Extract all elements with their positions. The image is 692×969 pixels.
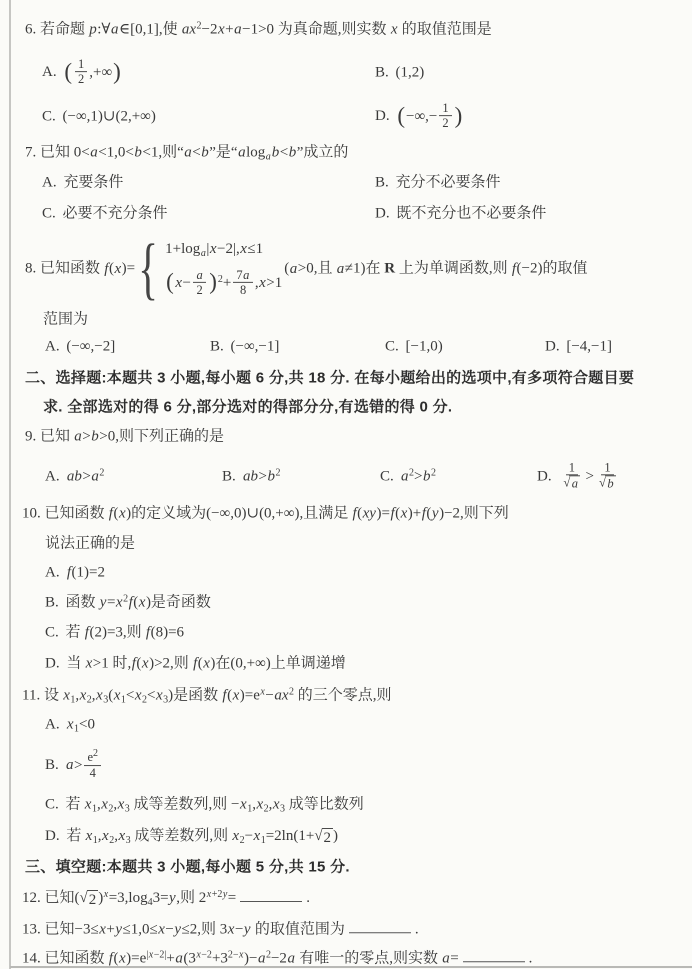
text: 上为单调函数,则 f(−2)的取值 xyxy=(395,260,587,276)
text: + xyxy=(223,275,231,291)
option-label: D. xyxy=(545,338,563,354)
text: |x−2|,x≤1 xyxy=(206,241,263,257)
superscript: 2 xyxy=(275,466,280,479)
option-label: A. xyxy=(45,716,63,732)
text: −2a 有唯一的零点,则实数 a= xyxy=(271,950,459,966)
denominator: 4 xyxy=(87,766,99,780)
text: x xyxy=(66,716,74,732)
text: 7. 已知 0<a<1,0<b<1,则“a<b”是“a xyxy=(25,144,246,160)
text: 9. 已知 a>b>0,则下列正确的是 xyxy=(25,428,224,444)
question-text: 13. 已知−3≤x+y≤1,0≤x−y≤2,则 3x−y 的取值范围为. xyxy=(22,918,419,940)
section-2-heading-continued: 求. 全部选对的得 6 分,部分选对的得部分分,有选错的得 0 分. xyxy=(0,396,692,418)
fraction: 12 xyxy=(439,101,451,131)
q11-option-d: D. 若 x1,x2,x3 成等差数列,则 x2−x1=2ln(1+√2) xyxy=(0,826,692,848)
text: 2 xyxy=(78,73,84,87)
option-label: A. xyxy=(42,64,60,80)
text: 6. 若命题 p:∀a∈[0,1],使 ax xyxy=(25,21,197,37)
question-text: 9. 已知 a>b>0,则下列正确的是 xyxy=(25,427,224,447)
text: 范围为 xyxy=(43,311,88,327)
q7-options-row-2: C. 必要不充分条件D. 既不充分也不必要条件 xyxy=(0,204,692,224)
superscript: 2 xyxy=(289,685,294,698)
option-label: B. xyxy=(375,174,393,190)
text: 充要条件 xyxy=(63,174,123,190)
text: 的三个零点,则 xyxy=(294,687,392,703)
question-text: 6. 若命题 p:∀a∈[0,1],使 ax2−2x+a−1>0 为真命题,则实… xyxy=(25,20,492,40)
superscript: 2 xyxy=(266,948,271,961)
text: <x xyxy=(126,687,142,703)
q8-stem: 8. 已知函数 f(x)={1+loga|x−2|,x≤1(x−a2)2+7a8… xyxy=(0,232,692,306)
option-c: C. a2>b2 xyxy=(380,467,436,487)
question-text: 11. 设 x1,x2,x3(x1<x2<x3)是函数 f(x)=ex−ax2 … xyxy=(22,686,392,706)
superscript: 2 xyxy=(93,748,98,760)
option-label: A. xyxy=(42,174,60,190)
question-text: 7. 已知 0<a<1,0<b<1,则“a<b”是“alogab<b”成立的 xyxy=(25,143,348,163)
text: 既不充分也不必要条件 xyxy=(396,205,546,221)
fraction: 1√b xyxy=(596,460,619,491)
text: −∞,− xyxy=(406,108,437,124)
option-label: A. xyxy=(45,338,63,354)
text: >b xyxy=(414,468,431,484)
option-label: C. xyxy=(42,108,60,124)
question-text: 10. 已知函数 f(x)的定义域为(−∞,0)∪(0,+∞),且满足 f(xy… xyxy=(22,504,509,524)
q10-option-b: B. 函数 y=x2f(x)是奇函数 xyxy=(0,593,692,613)
numerator: 7a xyxy=(233,267,253,282)
question-text: 14. 已知函数 f(x)=e|x−2|+a(3x−2+32−x)−a2−2a … xyxy=(22,947,532,969)
numerator: 1 xyxy=(601,460,613,475)
text: ,x xyxy=(252,796,263,812)
subscript: 1 xyxy=(247,802,252,815)
brace: { xyxy=(138,235,158,304)
radical: √2 xyxy=(314,828,333,847)
text: +a(3 xyxy=(166,950,195,966)
text: 1+log xyxy=(165,241,200,257)
q10-stem-continued: 说法正确的是 xyxy=(0,534,692,554)
text: <x xyxy=(147,687,163,703)
bold-symbol: R xyxy=(384,260,395,276)
text: f(1)=2 xyxy=(66,564,105,580)
exam-paper-page: { "page":{"width":692,"height":969,"back… xyxy=(0,0,692,969)
superscript: x−2 xyxy=(196,948,212,961)
radical: √a xyxy=(563,476,580,492)
text: > xyxy=(585,468,593,484)
text: = xyxy=(228,890,236,906)
option-label: A. xyxy=(45,468,63,484)
text: =3,log xyxy=(109,890,148,906)
big-paren: ( xyxy=(166,269,174,294)
piecewise-cases: 1+loga|x−2|,x≤1(x−a2)2+7a8,x>1 xyxy=(165,240,282,298)
radical: √2 xyxy=(80,890,99,909)
denominator: 2 xyxy=(75,73,87,87)
option-b: B. 充分不必要条件 xyxy=(375,173,501,193)
text: a xyxy=(401,468,410,484)
q6-options-row-1: A. (12,+∞)B. (1,2) xyxy=(0,54,692,92)
text: −x xyxy=(245,828,261,844)
answer-blank xyxy=(463,947,525,962)
subscript: 1 xyxy=(74,722,79,735)
numerator: 1 xyxy=(439,101,451,116)
text: 8. 已知函数 f(x)= xyxy=(25,260,135,276)
superscript: |x−2| xyxy=(146,948,166,961)
denominator: 2 xyxy=(439,117,451,131)
fraction: 1√a xyxy=(560,460,583,491)
text: 13. 已知−3≤x+y≤1,0≤x−y≤2,则 3x−y 的取值范围为 xyxy=(22,921,345,937)
superscript: 2 xyxy=(197,19,202,32)
text: 4 xyxy=(90,766,96,780)
option-b: B. 函数 y=x2f(x)是奇函数 xyxy=(45,593,211,613)
text: −2x+a−1>0 为真命题,则实数 x 的取值范围是 xyxy=(202,21,492,37)
piecewise-case: (x−a2)2+7a8,x>1 xyxy=(165,268,282,298)
subscript: 3 xyxy=(103,693,108,706)
fraction: 7a8 xyxy=(233,267,253,297)
text: 若 f(2)=3,则 f(8)=6 xyxy=(66,624,185,640)
text: log xyxy=(246,144,265,160)
option-label: C. xyxy=(385,338,403,354)
option-c: C. 若 x1,x2,x3 成等差数列,则 −x1,x2,x3 成等比数列 xyxy=(45,795,364,815)
text: a xyxy=(196,267,203,281)
q10-option-a: A. f(1)=2 xyxy=(0,563,692,583)
heading-text: 二、选择题:本题共 3 小题,每小题 6 分,共 18 分. 在每小题给出的选项… xyxy=(25,368,634,388)
text: b<b”成立的 xyxy=(271,144,348,160)
text: =2ln(1+ xyxy=(266,828,315,844)
superscript: 2−x xyxy=(228,948,244,961)
denominator: √b xyxy=(596,476,619,492)
text: 若 x xyxy=(66,828,92,844)
subscript: 3 xyxy=(126,834,131,847)
text: ab>b xyxy=(243,468,276,484)
option-label: B. xyxy=(45,594,63,610)
numerator: a xyxy=(193,267,206,282)
subscript: 1 xyxy=(121,693,126,706)
option-c: C. 必要不充分条件 xyxy=(42,204,168,224)
q11-option-b: B. a>e24 xyxy=(0,744,692,788)
q10-option-d: D. 当 x>1 时,f(x)>2,则 f(x)在(0,+∞)上单调递增 xyxy=(0,654,692,674)
q10-option-c: C. 若 f(2)=3,则 f(8)=6 xyxy=(0,623,692,643)
piecewise-function: {1+loga|x−2|,x≤1(x−a2)2+7a8,x>1 xyxy=(137,240,282,298)
q9-options-row: A. ab>a2B. ab>b2C. a2>b2D. 1√a>1√b xyxy=(0,455,692,499)
option-label: D. xyxy=(375,108,393,124)
text: (x xyxy=(108,687,121,703)
big-paren: ) xyxy=(455,103,463,128)
fraction: a2 xyxy=(193,267,206,297)
text: 14. 已知函数 f(x)=e xyxy=(22,950,146,966)
question-text: 8. 已知函数 f(x)={1+loga|x−2|,x≤1(x−a2)2+7a8… xyxy=(25,240,587,298)
option-a: A. (12,+∞) xyxy=(42,58,122,88)
text: ,x xyxy=(92,687,103,703)
text: −ax xyxy=(265,687,289,703)
section-2-heading: 二、选择题:本题共 3 小题,每小题 6 分,共 18 分. 在每小题给出的选项… xyxy=(0,367,692,389)
superscript: 2 xyxy=(99,466,104,479)
text: 1 xyxy=(569,460,575,474)
text: (1,2) xyxy=(396,64,425,80)
piecewise-case: 1+loga|x−2|,x≤1 xyxy=(165,240,282,260)
text: 当 x>1 时,f(x)>2,则 f(x)在(0,+∞)上单调递增 xyxy=(66,655,345,671)
text: . xyxy=(415,921,419,937)
q7-options-row-1: A. 充要条件B. 充分不必要条件 xyxy=(0,173,692,193)
answer-blank xyxy=(349,918,411,933)
big-paren: ( xyxy=(397,103,405,128)
subscript: 1 xyxy=(70,693,75,706)
denominator: 2 xyxy=(193,283,205,297)
fraction: 12 xyxy=(75,57,87,87)
numerator: e2 xyxy=(84,750,101,766)
text: <0 xyxy=(79,716,95,732)
subscript: 3 xyxy=(125,802,130,815)
text: ,x xyxy=(269,796,280,812)
heading-text: 求. 全部选对的得 6 分,部分选对的得部分分,有选错的得 0 分. xyxy=(43,397,452,417)
option-label: B. xyxy=(45,757,63,773)
text: 若 x xyxy=(66,796,92,812)
text: ,x>1 xyxy=(255,275,282,291)
subscript: 4 xyxy=(148,896,153,909)
text: (a>0,且 a≠1)在 xyxy=(284,260,384,276)
question-text: 12. 已知(√2)x=3,log43=y,则 2x+2y=. xyxy=(22,887,310,909)
text: ab>a xyxy=(66,468,99,484)
text: f(x)是奇函数 xyxy=(128,594,211,610)
text: +3 xyxy=(212,950,228,966)
option-d: D. [−4,−1] xyxy=(545,337,612,357)
q8-stem-continued: 范围为 xyxy=(0,310,692,330)
subscript: 3 xyxy=(163,693,168,706)
text: ,x xyxy=(114,828,125,844)
q13-stem: 13. 已知−3≤x+y≤1,0≤x−y≤2,则 3x−y 的取值范围为. xyxy=(0,918,692,940)
text: a> xyxy=(66,757,83,773)
option-label: C. xyxy=(42,205,60,221)
text: 说法正确的是 xyxy=(45,535,135,551)
option-c: C. [−1,0) xyxy=(385,337,443,357)
option-label: D. xyxy=(45,828,63,844)
superscript: x+2y xyxy=(206,888,228,901)
text: . xyxy=(529,950,533,966)
text: ,+∞ xyxy=(89,64,112,80)
text: ,x xyxy=(98,828,109,844)
subscript: 2 xyxy=(109,834,114,847)
superscript: 2 xyxy=(409,466,414,479)
option-d: D. 若 x1,x2,x3 成等差数列,则 x2−x1=2ln(1+√2) xyxy=(45,827,338,847)
q7-stem: 7. 已知 0<a<1,0<b<1,则“a<b”是“alogab<b”成立的 xyxy=(0,143,692,163)
text: 成等差数列,则 x xyxy=(131,828,240,844)
subscript: a xyxy=(200,247,206,260)
radicand: 2 xyxy=(322,828,334,847)
option-label: C. xyxy=(45,624,63,640)
q6-options-row-2: C. (−∞,1)∪(2,+∞)D. (−∞,−12) xyxy=(0,98,692,136)
question-text: 说法正确的是 xyxy=(45,534,135,554)
text: 11. 设 x xyxy=(22,687,70,703)
text: 3=y,则 2 xyxy=(153,890,207,906)
option-c: C. (−∞,1)∪(2,+∞) xyxy=(42,107,156,127)
option-label: C. xyxy=(45,796,63,812)
big-paren: ) xyxy=(113,59,121,84)
text: 2 xyxy=(442,117,448,131)
text: . xyxy=(306,890,310,906)
option-d: D. 1√a>1√b xyxy=(537,461,621,492)
radicand: b xyxy=(605,476,616,492)
text: 1 xyxy=(604,460,610,474)
option-b: B. (1,2) xyxy=(375,63,424,83)
superscript: 2 xyxy=(218,273,223,286)
text: 8 xyxy=(240,283,246,297)
heading-text: 三、填空题:本题共 3 小题,每小题 5 分,共 15 分. xyxy=(25,857,350,877)
superscript: x xyxy=(260,685,265,698)
subscript: 2 xyxy=(87,693,92,706)
question-text: 范围为 xyxy=(43,310,88,330)
option-a: A. 充要条件 xyxy=(42,173,123,193)
option-label: B. xyxy=(210,338,228,354)
text: 充分不必要条件 xyxy=(396,174,501,190)
q11-option-c: C. 若 x1,x2,x3 成等差数列,则 −x1,x2,x3 成等比数列 xyxy=(0,795,692,815)
text: ,x xyxy=(75,687,86,703)
big-paren: ( xyxy=(64,59,72,84)
q14-stem: 14. 已知函数 f(x)=e|x−2|+a(3x−2+32−x)−a2−2a … xyxy=(0,947,692,969)
answer-blank xyxy=(240,887,302,902)
denominator: 8 xyxy=(237,283,249,297)
option-c: C. 若 f(2)=3,则 f(8)=6 xyxy=(45,623,184,643)
numerator: 1 xyxy=(566,460,578,475)
text: ,x xyxy=(97,796,108,812)
text: 7a xyxy=(236,267,250,281)
text: 成等差数列,则 −x xyxy=(130,796,247,812)
big-paren: ) xyxy=(209,269,217,294)
q11-stem: 11. 设 x1,x2,x3(x1<x2<x3)是函数 f(x)=ex−ax2 … xyxy=(0,686,692,706)
option-label: D. xyxy=(537,468,555,484)
subscript: 1 xyxy=(93,834,98,847)
text: 12. 已知( xyxy=(22,890,80,906)
option-label: A. xyxy=(45,564,63,580)
text: 必要不充分条件 xyxy=(63,205,168,221)
text: )是函数 f(x)=e xyxy=(168,687,260,703)
text: ) xyxy=(333,828,338,844)
option-label: D. xyxy=(45,655,63,671)
superscript: x xyxy=(103,888,108,901)
text: )−a xyxy=(244,950,266,966)
radical: √b xyxy=(599,476,616,492)
option-label: B. xyxy=(222,468,240,484)
superscript: 2 xyxy=(123,592,128,605)
radicand: a xyxy=(569,476,580,492)
text: [−4,−1] xyxy=(566,338,612,354)
option-b: B. a>e24 xyxy=(45,751,103,781)
subscript: 2 xyxy=(264,802,269,815)
text: (−∞,−2] xyxy=(66,338,115,354)
text: 三、填空题:本题共 3 小题,每小题 5 分,共 15 分. xyxy=(25,858,350,875)
radicand: 2 xyxy=(87,890,99,909)
text: (−∞,1)∪(2,+∞) xyxy=(63,108,156,124)
text: 1 xyxy=(442,101,448,115)
text: (−∞,−1] xyxy=(231,338,280,354)
q6-stem: 6. 若命题 p:∀a∈[0,1],使 ax2−2x+a−1>0 为真命题,则实… xyxy=(0,20,692,40)
option-label: D. xyxy=(375,205,393,221)
option-d: D. 既不充分也不必要条件 xyxy=(375,204,546,224)
q9-stem: 9. 已知 a>b>0,则下列正确的是 xyxy=(0,427,692,447)
subscript: 2 xyxy=(108,802,113,815)
subscript: 2 xyxy=(142,693,147,706)
text: 函数 y=x xyxy=(66,594,124,610)
fraction: e24 xyxy=(84,750,101,780)
option-label: B. xyxy=(375,64,393,80)
option-a: A. (−∞,−2] xyxy=(45,337,115,357)
text: [−1,0) xyxy=(406,338,443,354)
subscript: 2 xyxy=(240,834,245,847)
text: 成等比数列 xyxy=(285,796,364,812)
option-a: A. f(1)=2 xyxy=(45,563,105,583)
option-a: A. ab>a2 xyxy=(45,467,104,487)
option-d: D. 当 x>1 时,f(x)>2,则 f(x)在(0,+∞)上单调递增 xyxy=(45,654,346,674)
numerator: 1 xyxy=(75,57,87,72)
q11-option-a: A. x1<0 xyxy=(0,715,692,735)
q8-options-row: A. (−∞,−2]B. (−∞,−1]C. [−1,0)D. [−4,−1] xyxy=(0,337,692,357)
text: x− xyxy=(175,275,191,291)
option-b: B. ab>b2 xyxy=(222,467,280,487)
option-a: A. x1<0 xyxy=(45,715,95,735)
text: 1 xyxy=(78,57,84,71)
superscript: 2 xyxy=(431,466,436,479)
q12-stem: 12. 已知(√2)x=3,log43=y,则 2x+2y=. xyxy=(0,887,692,909)
subscript: 1 xyxy=(261,834,266,847)
exam-content: 6. 若命题 p:∀a∈[0,1],使 ax2−2x+a−1>0 为真命题,则实… xyxy=(0,0,692,969)
text: 2 xyxy=(196,283,202,297)
subscript: 3 xyxy=(280,802,285,815)
option-b: B. (−∞,−1] xyxy=(210,337,279,357)
denominator: √a xyxy=(560,476,583,492)
option-d: D. (−∞,−12) xyxy=(375,102,463,132)
text: 二、选择题:本题共 3 小题,每小题 6 分,共 18 分. 在每小题给出的选项… xyxy=(25,369,634,386)
q10-stem: 10. 已知函数 f(x)的定义域为(−∞,0)∪(0,+∞),且满足 f(xy… xyxy=(0,504,692,524)
text: ,x xyxy=(113,796,124,812)
subscript: a xyxy=(265,150,271,163)
section-3-heading: 三、填空题:本题共 3 小题,每小题 5 分,共 15 分. xyxy=(0,856,692,878)
subscript: 1 xyxy=(92,802,97,815)
option-label: C. xyxy=(380,468,398,484)
text: 求. 全部选对的得 6 分,部分选对的得部分分,有选错的得 0 分. xyxy=(43,398,452,415)
text: 10. 已知函数 f(x)的定义域为(−∞,0)∪(0,+∞),且满足 f(xy… xyxy=(22,505,509,521)
